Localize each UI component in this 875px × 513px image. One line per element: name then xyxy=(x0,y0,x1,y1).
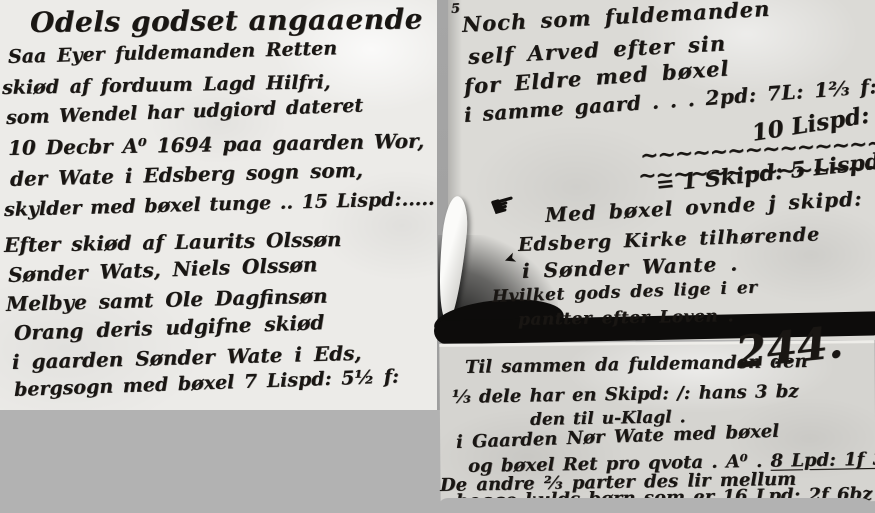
manuscript-scan: { "left": { "heading": "Odels godset ang… xyxy=(0,0,875,513)
catchword: 5 xyxy=(450,1,460,17)
manuscript-line: pantter efter Loven . xyxy=(518,306,734,330)
left-page-heading: Odels godset angaaende xyxy=(30,3,423,39)
scan-bottom-strip xyxy=(438,498,875,513)
